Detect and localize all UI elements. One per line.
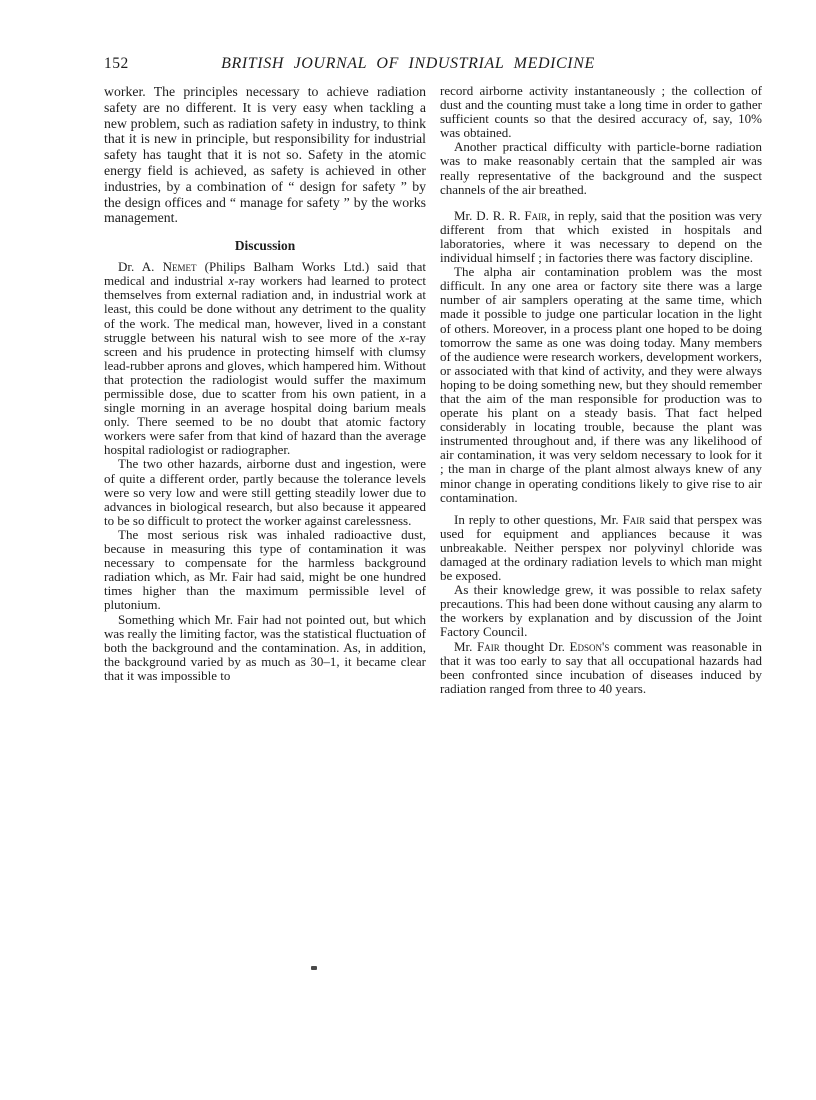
journal-page: 152 BRITISH JOURNAL OF INDUSTRIAL MEDICI…: [0, 0, 816, 1100]
paragraph: As their knowledge grew, it was possible…: [440, 583, 762, 639]
discussion-heading: Discussion: [104, 238, 426, 254]
page-number: 152: [104, 55, 129, 73]
paragraph: Something which Mr. Fair had not pointed…: [104, 613, 426, 683]
paragraph: The two other hazards, airborne dust and…: [104, 457, 426, 527]
paragraph-nemet: Dr. A. Nemet (Philips Balham Works Ltd.)…: [104, 260, 426, 457]
right-column: record airborne activity instantaneously…: [440, 84, 762, 696]
paragraph: The most serious risk was inhaled radioa…: [104, 528, 426, 613]
paragraph: Another practical difficulty with partic…: [440, 140, 762, 196]
paragraph-continuation: record airborne activity instantaneously…: [440, 84, 762, 140]
left-column: worker. The principles necessary to achi…: [104, 84, 426, 696]
paragraph-fair-edson: Mr. Fair thought Dr. Edson's comment was…: [440, 640, 762, 696]
page-header: 152 BRITISH JOURNAL OF INDUSTRIAL MEDICI…: [0, 55, 816, 77]
paragraph-fair-questions: In reply to other questions, Mr. Fair sa…: [440, 513, 762, 583]
ink-speck: [311, 966, 317, 970]
article-body: worker. The principles necessary to achi…: [104, 84, 762, 696]
paragraph-fair-reply: Mr. D. R. R. Fair, in reply, said that t…: [440, 209, 762, 265]
paragraph-continuation: worker. The principles necessary to achi…: [104, 84, 426, 226]
paragraph: The alpha air contamination problem was …: [440, 265, 762, 505]
